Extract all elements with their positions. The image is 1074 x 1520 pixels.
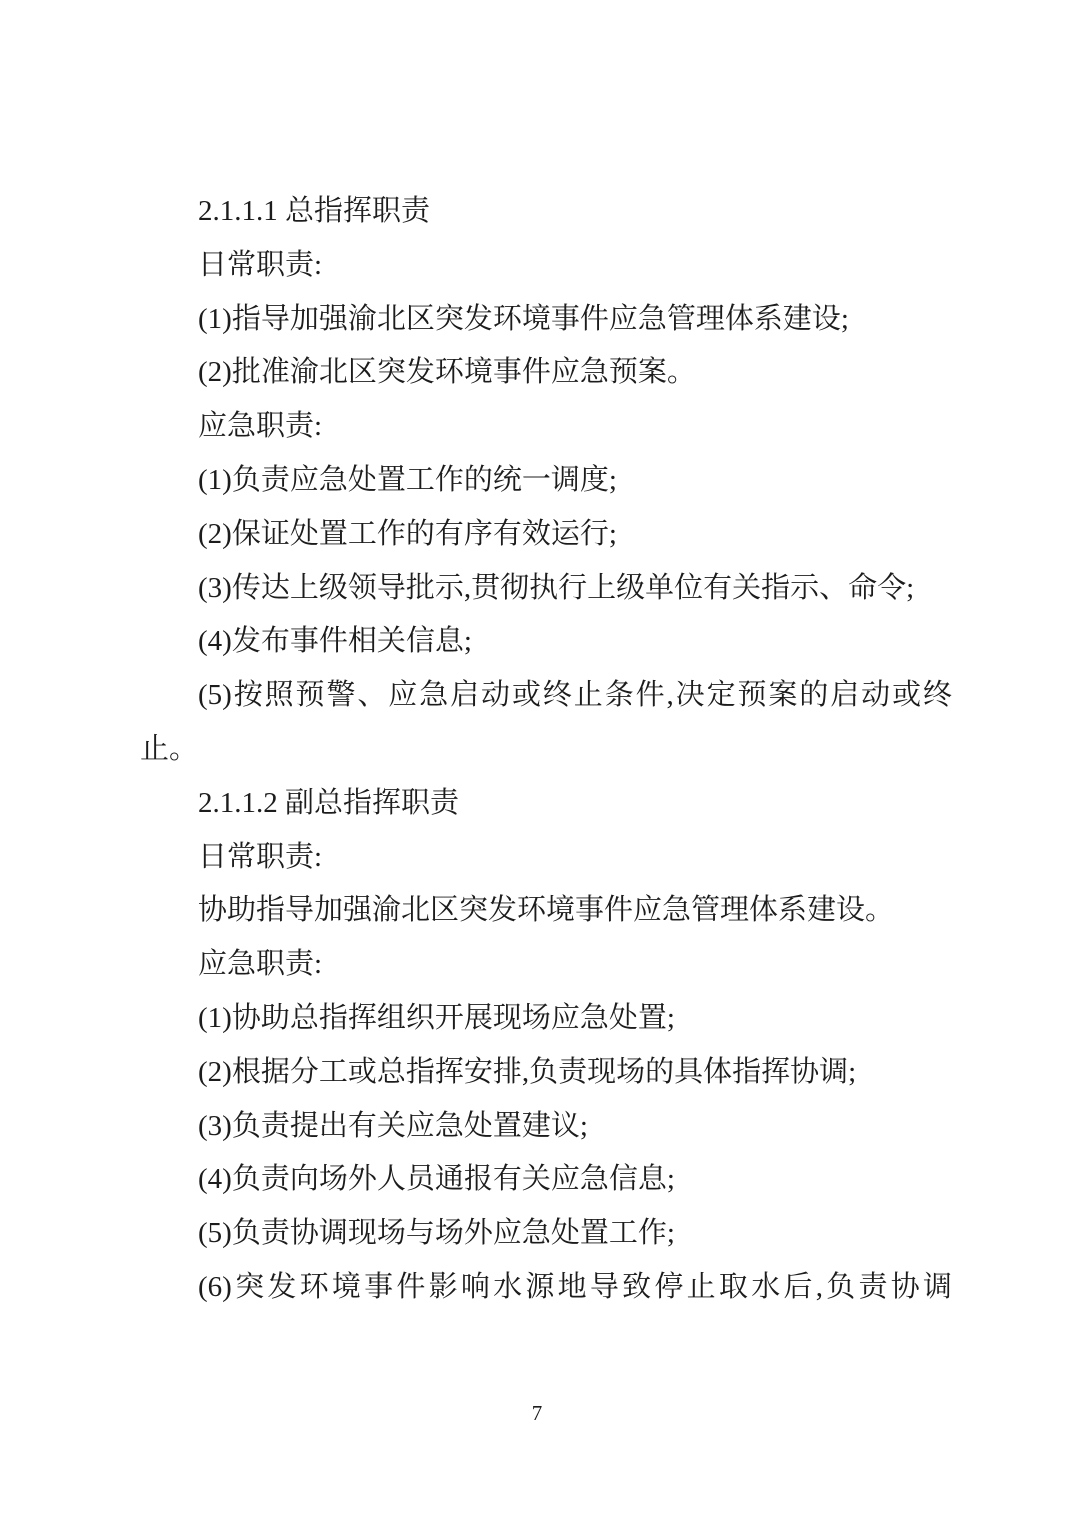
paragraph: (6)突发环境事件影响水源地导致停止取水后,负责协调	[140, 1261, 952, 1315]
paragraph: (3)传达上级领导批示,贯彻执行上级单位有关指示、命令;	[140, 562, 952, 616]
section-heading: 2.1.1.1 总指挥职责	[140, 185, 952, 239]
paragraph: (2)根据分工或总指挥安排,负责现场的具体指挥协调;	[140, 1046, 952, 1100]
paragraph: (2)批准渝北区突发环境事件应急预案。	[140, 346, 952, 400]
document-page: 2.1.1.1 总指挥职责日常职责:(1)指导加强渝北区突发环境事件应急管理体系…	[0, 0, 1074, 1520]
section-heading: 2.1.1.2 副总指挥职责	[140, 777, 952, 831]
paragraph: (1)协助总指挥组织开展现场应急处置;	[140, 992, 952, 1046]
document-body: 2.1.1.1 总指挥职责日常职责:(1)指导加强渝北区突发环境事件应急管理体系…	[140, 185, 952, 1315]
paragraph: (5)按照预警、应急启动或终止条件,决定预案的启动或终止。	[140, 669, 952, 777]
paragraph: 协助指导加强渝北区突发环境事件应急管理体系建设。	[140, 884, 952, 938]
page-number: 7	[0, 1398, 1074, 1428]
paragraph: 日常职责:	[140, 239, 952, 293]
paragraph: (4)负责向场外人员通报有关应急信息;	[140, 1153, 952, 1207]
paragraph: (5)负责协调现场与场外应急处置工作;	[140, 1207, 952, 1261]
paragraph: (4)发布事件相关信息;	[140, 615, 952, 669]
paragraph: (3)负责提出有关应急处置建议;	[140, 1100, 952, 1154]
paragraph: 应急职责:	[140, 400, 952, 454]
paragraph: 日常职责:	[140, 831, 952, 885]
paragraph: 应急职责:	[140, 938, 952, 992]
paragraph: (1)指导加强渝北区突发环境事件应急管理体系建设;	[140, 293, 952, 347]
paragraph: (1)负责应急处置工作的统一调度;	[140, 454, 952, 508]
paragraph: (2)保证处置工作的有序有效运行;	[140, 508, 952, 562]
